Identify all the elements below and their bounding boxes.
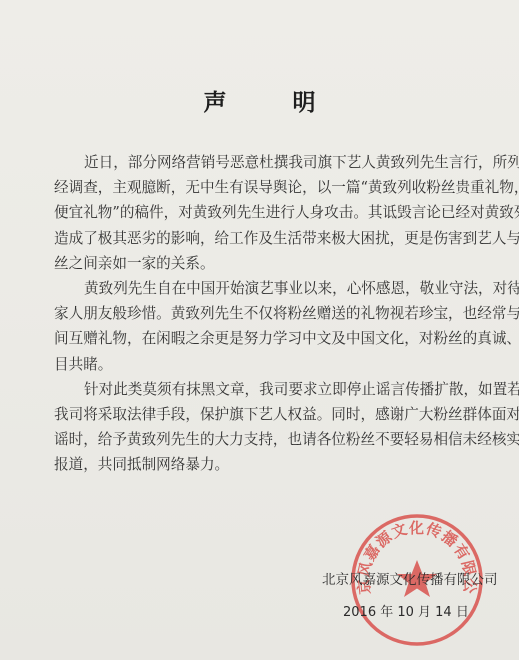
text-line: 谣时，给予黄致列先生的大力支持，也请各位粉丝不要轻易相信未经核实的新闻 (54, 427, 496, 452)
text-line: 我司将采取法律手段，保护旗下艺人权益。同时，感谢广大粉丝群体面对蓄意造 (54, 402, 496, 427)
text-line: 目共睹。 (54, 352, 496, 377)
text-line: 造成了极其恶劣的影响，给工作及生活带来极大困扰，更是伤害到艺人与广大粉 (54, 226, 496, 251)
paragraph-3: 针对此类莫须有抹黑文章，我司要求立即停止谣言传播扩散，如置若罔闻， 我司将采取法… (54, 377, 496, 478)
text-line: 针对此类莫须有抹黑文章，我司要求立即停止谣言传播扩散，如置若罔闻， (54, 377, 496, 402)
text-line: 间互赠礼物，在闲暇之余更是努力学习中文及中国文化，对粉丝的真诚、珍惜有 (54, 326, 496, 351)
text-line: 经调查，主观臆断，无中生有误导舆论，以一篇“黄致列收粉丝贵重礼物，丢弃 (54, 175, 496, 200)
text-line: 便宜礼物”的稿件，对黄致列先生进行人身攻击。其诋毁言论已经对黄致列先生 (54, 200, 496, 225)
paragraph-2: 黄致列先生自在中国开始演艺事业以来，心怀感恩，敬业守法，对待粉丝如 家人朋友般珍… (54, 276, 496, 377)
title-char-2: 明 (293, 84, 316, 117)
text-line: 丝之间亲如一家的关系。 (54, 251, 496, 276)
text-line: 报道，共同抵制网络暴力。 (54, 452, 496, 477)
text-line: 黄致列先生自在中国开始演艺事业以来，心怀感恩，敬业守法，对待粉丝如 (54, 276, 496, 301)
statement-date: 2016 年 10 月 14 日 (343, 601, 469, 620)
statement-page: 声明 近日，部分网络营销号恶意杜撰我司旗下艺人黄致列先生言行，所列文章未 经调查… (0, 0, 519, 660)
page-title: 声明 (0, 84, 519, 117)
statement-body: 近日，部分网络营销号恶意杜撰我司旗下艺人黄致列先生言行，所列文章未 经调查，主观… (54, 150, 496, 478)
title-char-1: 声 (204, 84, 227, 117)
text-line: 近日，部分网络营销号恶意杜撰我司旗下艺人黄致列先生言行，所列文章未 (54, 150, 496, 175)
paragraph-1: 近日，部分网络营销号恶意杜撰我司旗下艺人黄致列先生言行，所列文章未 经调查，主观… (54, 150, 496, 276)
company-signature: 北京风嘉源文化传播有限公司 (322, 568, 508, 588)
text-line: 家人朋友般珍惜。黄致列先生不仅将粉丝赠送的礼物视若珍宝，也经常与粉丝之 (54, 301, 496, 326)
